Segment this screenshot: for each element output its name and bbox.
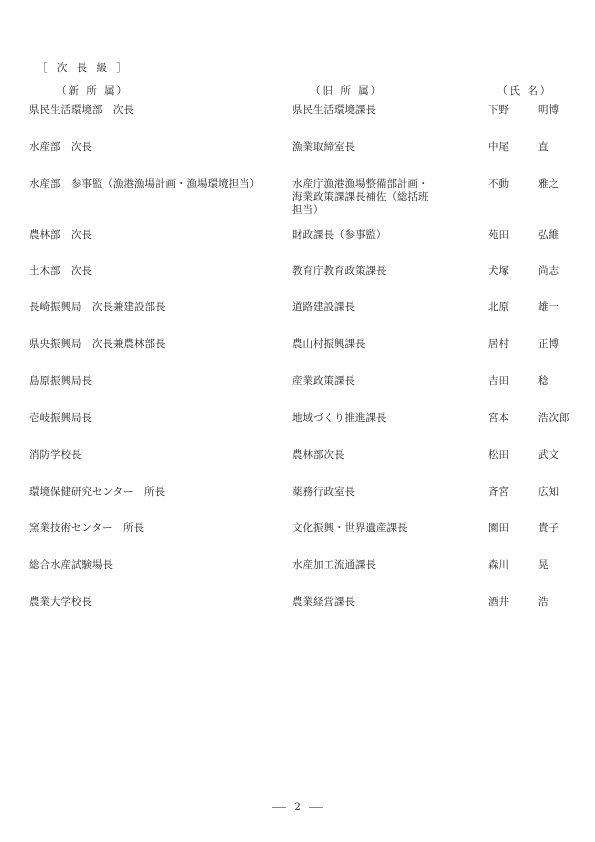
surname: 吉田: [488, 375, 509, 388]
new-post: 県央振興局 次長兼農林部長: [29, 338, 166, 351]
new-post: 島原振興局長: [29, 375, 92, 388]
old-post: 水産庁漁港漁場整備部計画・海業政策課課長補佐（総括班担当）: [292, 178, 432, 217]
header-old-post: （旧 所 属）: [310, 85, 383, 98]
given-name: 正博: [538, 338, 559, 351]
new-post: 長崎振興局 次長兼建設部長: [29, 301, 166, 314]
old-post: 県民生活環境課長: [292, 104, 432, 117]
old-post: 産業政策課長: [292, 375, 432, 388]
old-post: 財政課長（参事監）: [292, 229, 432, 242]
surname: 居村: [488, 338, 509, 351]
old-post: 漁業取締室長: [292, 141, 432, 154]
page-number: 2: [294, 802, 300, 813]
new-post: 県民生活環境部 次長: [29, 104, 134, 117]
new-post: 農業大学校長: [29, 596, 92, 609]
new-post: 窯業技術センター 所長: [29, 522, 144, 535]
given-name: 晃: [538, 559, 549, 572]
header-name: （氏 名）: [497, 85, 552, 98]
surname: 斉宮: [488, 486, 509, 499]
header-new-post: （新 所 属）: [56, 85, 129, 98]
new-post: 土木部 次長: [29, 265, 92, 278]
given-name: 浩: [538, 596, 549, 609]
old-post: 薬務行政室長: [292, 486, 432, 499]
page-footer: 2: [0, 801, 595, 814]
old-post: 農林部次長: [292, 449, 432, 462]
old-post: 教育庁教育政策課長: [292, 265, 432, 278]
given-name: 直: [538, 141, 549, 154]
surname: 酒井: [488, 596, 509, 609]
old-post: 農業経営課長: [292, 596, 432, 609]
old-post: 地域づくり推進課長: [292, 412, 432, 425]
surname: 森川: [488, 559, 509, 572]
given-name: 貴子: [538, 522, 559, 535]
given-name: 尚志: [538, 265, 559, 278]
surname: 下野: [488, 104, 509, 117]
given-name: 弘維: [538, 229, 559, 242]
surname: 不動: [488, 178, 509, 191]
new-post: 環境保健研究センター 所長: [29, 486, 165, 499]
given-name: 稔: [538, 375, 549, 388]
given-name: 武文: [538, 449, 559, 462]
new-post: 水産部 次長: [29, 141, 92, 154]
surname: 松田: [488, 449, 509, 462]
old-post: 水産加工流通課長: [292, 559, 432, 572]
section-title: ［ 次 長 級 ］: [37, 62, 130, 75]
old-post: 文化振興・世界遺産課長: [292, 522, 432, 535]
new-post: 水産部 参事監（漁港漁場計画・漁場環境担当）: [29, 178, 260, 191]
given-name: 雅之: [538, 178, 559, 191]
surname: 園田: [488, 522, 509, 535]
old-post: 農山村振興課長: [292, 338, 432, 351]
given-name: 広知: [538, 486, 559, 499]
new-post: 総合水産試験場長: [29, 559, 113, 572]
footer-dash-right: [309, 807, 323, 808]
surname: 北原: [488, 301, 509, 314]
surname: 宮本: [488, 412, 509, 425]
footer-dash-left: [272, 807, 286, 808]
surname: 苑田: [488, 229, 509, 242]
new-post: 消防学校長: [29, 449, 82, 462]
given-name: 明博: [538, 104, 559, 117]
new-post: 農林部 次長: [29, 229, 92, 242]
old-post: 道路建設課長: [292, 301, 432, 314]
given-name: 浩次郎: [538, 412, 570, 425]
surname: 犬塚: [488, 265, 509, 278]
given-name: 雄一: [538, 301, 559, 314]
new-post: 壱岐振興局長: [29, 412, 92, 425]
surname: 中尾: [488, 141, 509, 154]
